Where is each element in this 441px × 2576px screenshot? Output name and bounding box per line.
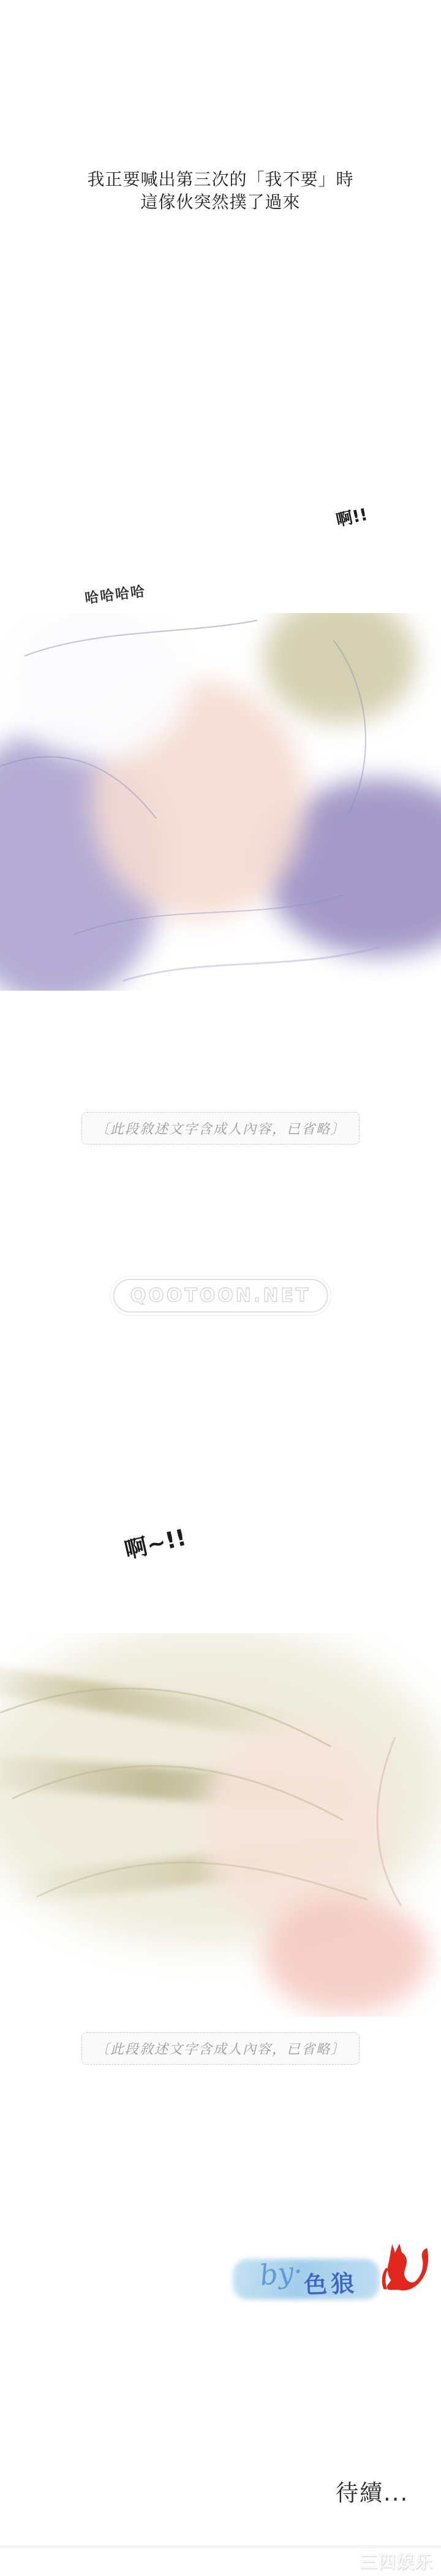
illustration-1-placeholder	[0, 613, 441, 991]
author-signature: by· 色狼	[233, 2241, 435, 2308]
webtoon-page: 我正要喊出第三次的「我不要」時 這傢伙突然撲了過來 啊!! 哈哈哈哈 〔此段敘述…	[0, 0, 441, 2576]
redacted-note: 〔此段敘述文字含成人內容，已省略〕	[81, 1112, 360, 1145]
sketch-lines-2	[0, 1633, 441, 2017]
watermark-badge: QOOTOON.NET	[113, 1279, 328, 1313]
red-fox-icon	[374, 2242, 430, 2298]
sfx-ah-exclaim: 啊!!	[334, 501, 370, 531]
sfx-scribble: 哈哈哈哈	[83, 580, 146, 608]
narration-bottom-redacted: 〔此段敘述文字含成人內容，已省略〕	[0, 2021, 441, 2076]
narration-top-line-1: 我正要喊出第三次的「我不要」時	[0, 168, 441, 191]
narration-middle-redacted: 〔此段敘述文字含成人內容，已省略〕	[0, 1082, 441, 1174]
sketch-lines-1	[0, 613, 441, 991]
illustration-2-placeholder	[0, 1633, 441, 2017]
narration-top-line-2: 這傢伙突然撲了過來	[0, 191, 441, 213]
sfx-ah-tilde: 啊~!!	[121, 1519, 189, 1565]
site-credit-label: 三四娱乐	[360, 2549, 434, 2574]
footer-divider	[0, 2545, 441, 2548]
watermark-text: QOOTOON.NET	[130, 1285, 311, 1306]
signature-by-label: by·	[258, 2254, 304, 2292]
to-be-continued-label: 待續...	[336, 2474, 409, 2507]
signature-author-name: 色狼	[303, 2264, 358, 2300]
redacted-note: 〔此段敘述文字含成人內容，已省略〕	[81, 2032, 360, 2065]
narration-top: 我正要喊出第三次的「我不要」時 這傢伙突然撲了過來	[0, 168, 441, 213]
